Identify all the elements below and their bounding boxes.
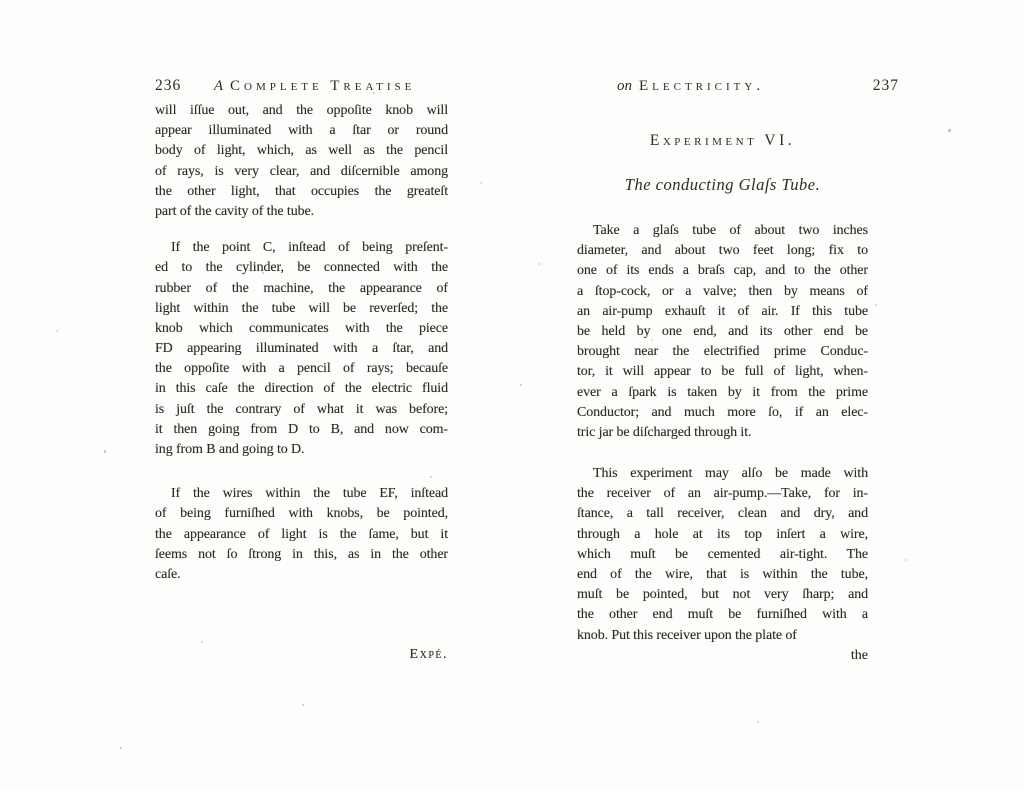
text-line: ſeems not ſo ſtrong in this, as in the o… xyxy=(155,545,448,565)
text-line: ſtance, a tall receiver, clean and dry, … xyxy=(577,504,868,524)
text-line: caſe. xyxy=(155,565,448,585)
book-scan: 236 AComplete Treatise will iſſue out, a… xyxy=(0,0,1024,791)
right-page: on Electricity. 237 Experiment VI. The c… xyxy=(577,77,868,666)
running-title-prefix: A xyxy=(214,78,223,94)
text-line: end of the wire, that is within the tube… xyxy=(577,565,868,585)
scan-speck xyxy=(120,747,122,749)
text-line: ed to the cylinder, be connected with th… xyxy=(155,258,448,278)
left-page: 236 AComplete Treatise will iſſue out, a… xyxy=(155,77,448,665)
scan-speck xyxy=(757,721,759,723)
running-title-prefix: on xyxy=(617,78,632,95)
text-line: the oppoſite with a pencil of rays; beca… xyxy=(155,359,448,379)
text-line: the other light, that occupies the great… xyxy=(155,182,448,202)
text-line: knob. Put this receiver upon the plate o… xyxy=(577,626,868,646)
text-line: ing from B and going to D. xyxy=(155,440,448,460)
section-subtitle: The conducting Glaſs Tube. xyxy=(577,175,868,197)
scan-speck xyxy=(302,704,304,706)
text-line: Conductor; and much more ſo, if an elec- xyxy=(577,403,868,423)
text-line: rubber of the machine, the appearance of xyxy=(155,279,448,299)
text-line: which muſt be cemented air-tight. The xyxy=(577,545,868,565)
scan-speck xyxy=(104,450,106,453)
text-line: be held by one end, and its other end be xyxy=(577,322,868,342)
text-line: If the wires within the tube EF, inſtead xyxy=(155,484,448,504)
text-line: part of the cavity of the tube. xyxy=(155,202,448,222)
text-line: in this caſe the direction of the electr… xyxy=(155,379,448,399)
scan-speck xyxy=(56,330,58,332)
text-line: knob which communicates with the piece xyxy=(155,319,448,339)
scan-speck xyxy=(948,129,951,132)
text-line: light within the tube will be reverſed; … xyxy=(155,299,448,319)
scan-speck xyxy=(520,384,522,386)
paragraph: If the wires within the tube EF, inſtead… xyxy=(155,484,448,585)
section-heading: Experiment VI. xyxy=(577,132,868,152)
text-line: tric jar be diſcharged through it. xyxy=(577,423,868,443)
scan-speck xyxy=(480,182,482,184)
left-page-number: 236 xyxy=(155,77,181,95)
paragraph: will iſſue out, and the oppoſite knob wi… xyxy=(155,101,448,222)
text-line: an air-pump exhauſt it of air. If this t… xyxy=(577,302,868,322)
text-line: muſt be pointed, but not very ſharp; and xyxy=(577,585,868,605)
text-line: diameter, and about two feet long; fix t… xyxy=(577,241,868,261)
text-line: tor, it will appear to be full of light,… xyxy=(577,362,868,382)
text-line: body of light, which, as well as the pen… xyxy=(155,141,448,161)
paragraph: Take a glaſs tube of about two inchesdia… xyxy=(577,221,868,443)
text-line: This experiment may alſo be made with xyxy=(577,464,868,484)
running-title-text: Electricity. xyxy=(639,78,764,95)
text-line: will iſſue out, and the oppoſite knob wi… xyxy=(155,101,448,121)
text-line: one of its ends a braſs cap, and to the … xyxy=(577,261,868,281)
running-title-text: Complete Treatise xyxy=(230,78,415,94)
paragraph: If the point C, inſtead of being preſent… xyxy=(155,238,448,460)
text-line: of rays, is very clear, and diſcernible … xyxy=(155,162,448,182)
catchword: the xyxy=(577,646,868,666)
scan-speck xyxy=(905,559,907,561)
right-page-number: 237 xyxy=(873,77,899,95)
text-line: brought near the electrified prime Condu… xyxy=(577,342,868,362)
text-line: the receiver of an air-pump.—Take, for i… xyxy=(577,484,868,504)
text-line: a ſtop-cock, or a valve; then by means o… xyxy=(577,282,868,302)
text-line: FD appearing illuminated with a ſtar, an… xyxy=(155,339,448,359)
left-running-title: AComplete Treatise xyxy=(181,78,448,95)
text-line: Take a glaſs tube of about two inches xyxy=(577,221,868,241)
scan-speck xyxy=(538,263,540,265)
text-line: is juſt the contrary of what it was befo… xyxy=(155,400,448,420)
text-line: the appearance of light is the ſame, but… xyxy=(155,525,448,545)
paragraph: This experiment may alſo be made withthe… xyxy=(577,464,868,646)
left-running-header: 236 AComplete Treatise xyxy=(155,77,448,97)
text-line: If the point C, inſtead of being preſent… xyxy=(155,238,448,258)
text-line: appear illuminated with a ſtar or round xyxy=(155,121,448,141)
scan-speck xyxy=(875,304,877,306)
text-line: it then going from D to B, and now com- xyxy=(155,420,448,440)
right-running-header: on Electricity. 237 xyxy=(577,77,868,97)
text-line: of being furniſhed with knobs, be pointe… xyxy=(155,504,448,524)
text-line: through a hole at its top inſert a wire, xyxy=(577,525,868,545)
text-line: ever a ſpark is taken by it from the pri… xyxy=(577,383,868,403)
catchword: Expé. xyxy=(155,645,448,665)
text-line: the other end muſt be furniſhed with a xyxy=(577,605,868,625)
